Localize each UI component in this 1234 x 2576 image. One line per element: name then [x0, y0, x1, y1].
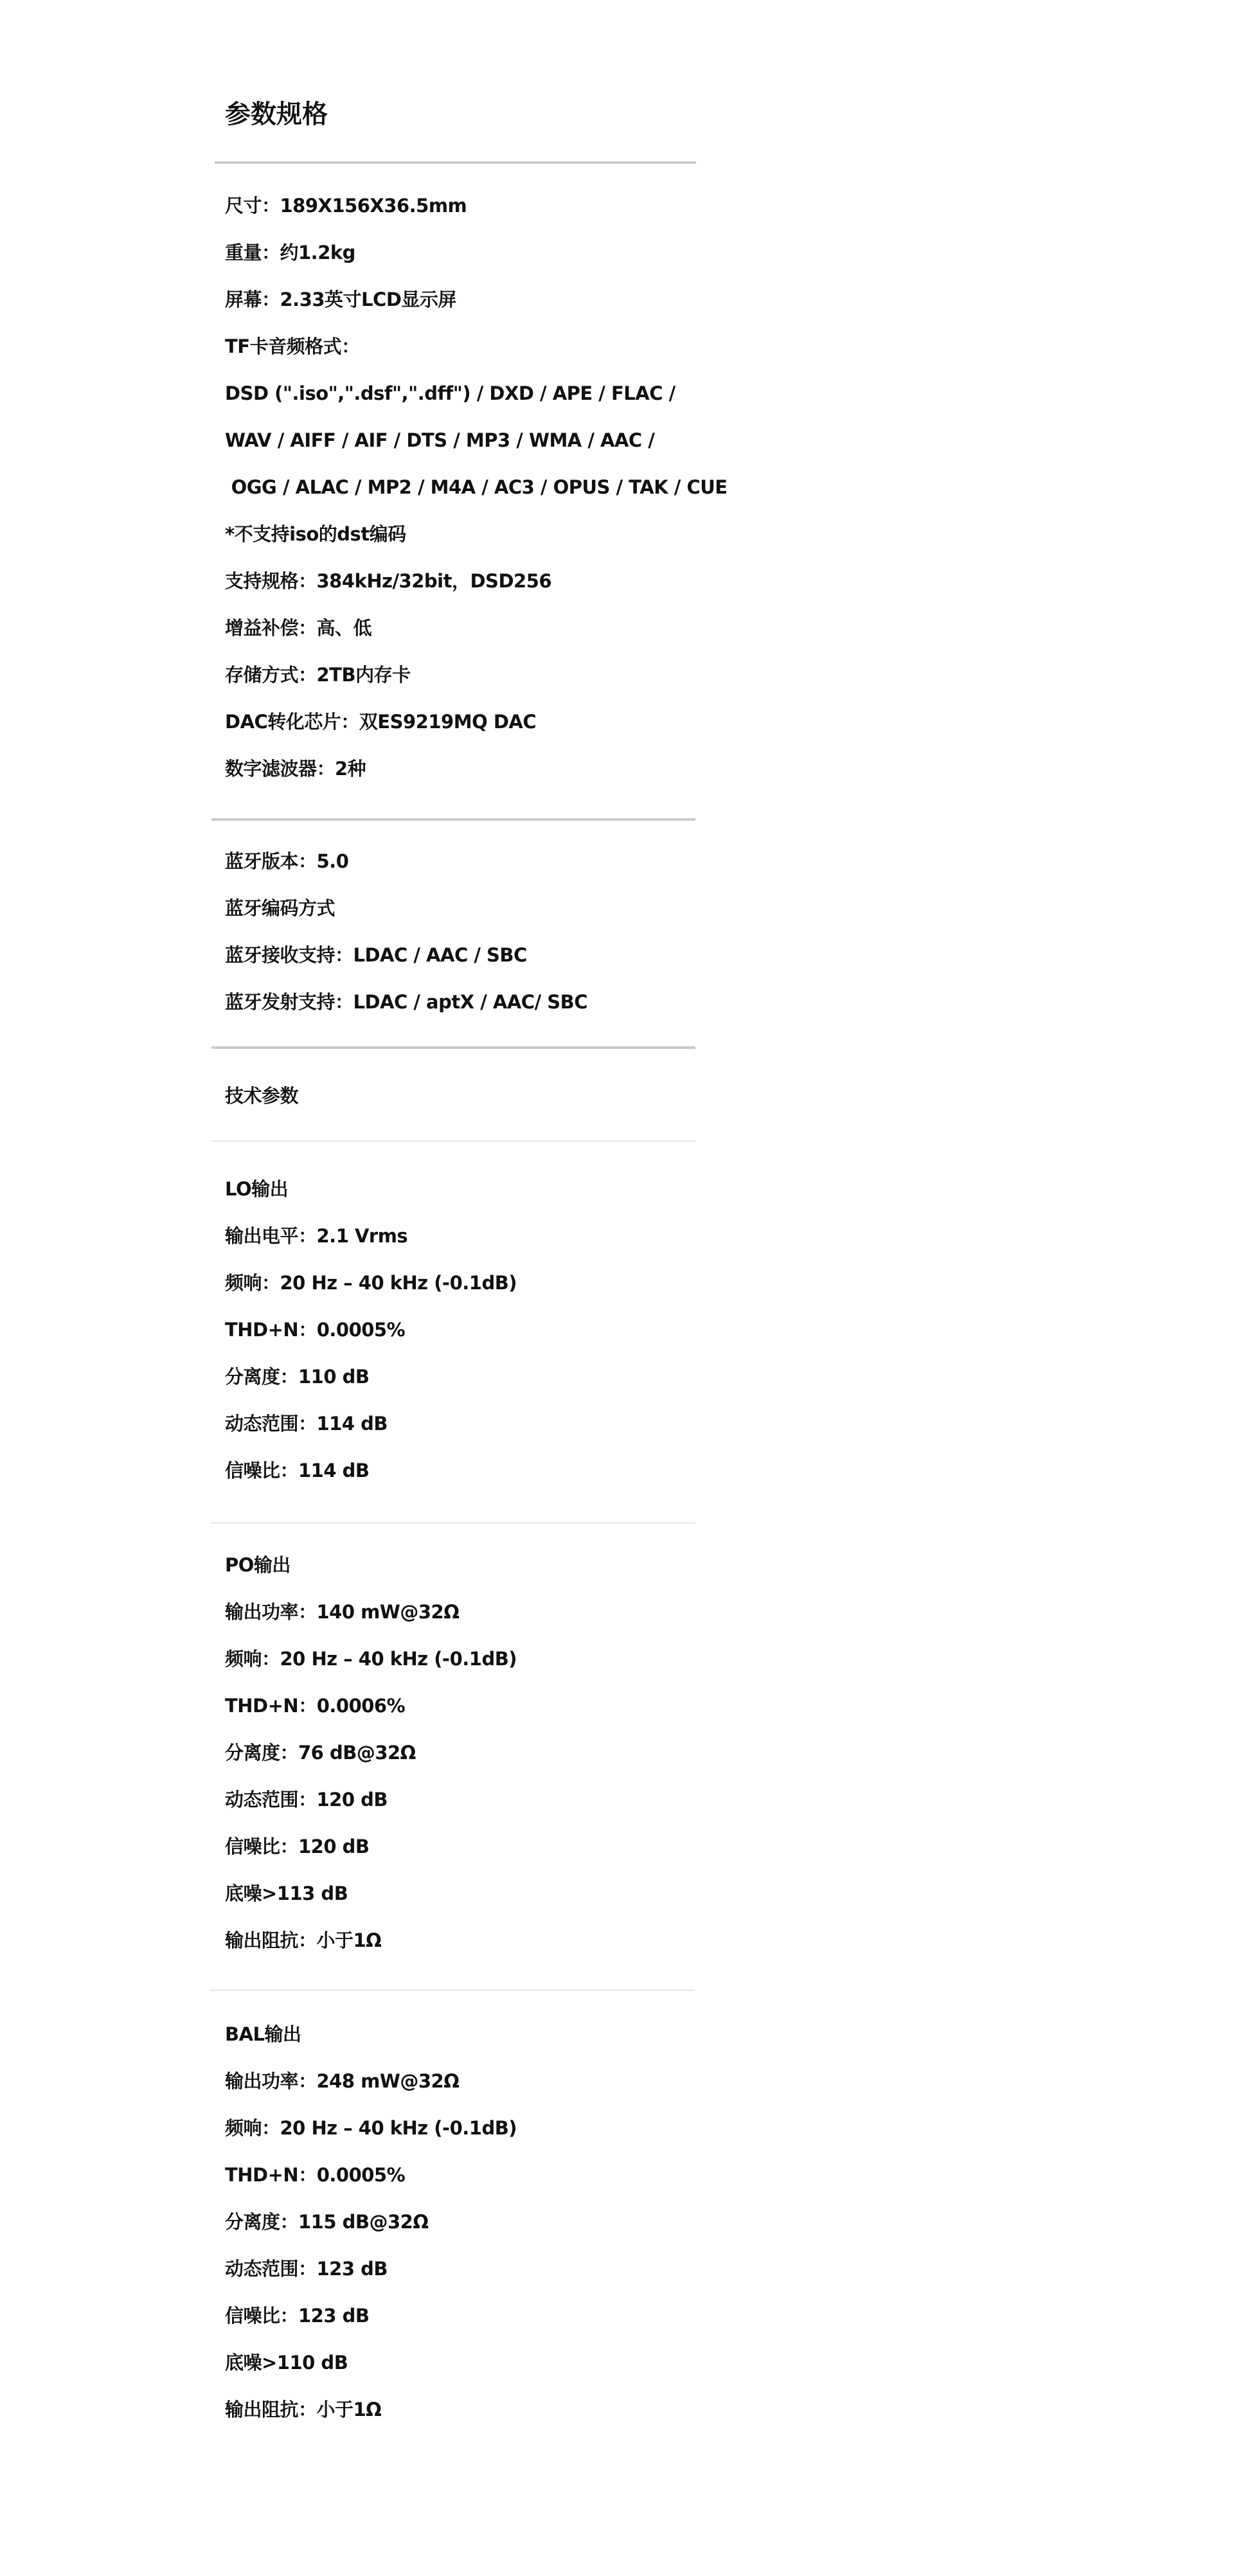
tech-heading: 技术参数 — [225, 1073, 298, 1120]
spec-weight: 重量：约1.2kg — [225, 229, 728, 276]
bal-thd-n: THD+N：0.0005% — [225, 2152, 517, 2199]
spec-tf-formats-line-3: OGG / ALAC / MP2 / M4A / AC3 / OPUS / TA… — [225, 464, 728, 511]
lo-output-heading: LO输出 — [225, 1166, 517, 1213]
lo-output-list: LO输出 输出电平：2.1 Vrms 频响：20 Hz – 40 kHz (-0… — [225, 1166, 517, 1494]
lo-separation: 分离度：110 dB — [225, 1354, 517, 1400]
po-output-impedance: 输出阻抗：小于1Ω — [225, 1917, 517, 1964]
bal-output-list: BAL输出 输出功率：248 mW@32Ω 频响：20 Hz – 40 kHz … — [225, 2011, 517, 2433]
spec-dac-chip: DAC转化芯片：双ES9219MQ DAC — [225, 699, 728, 746]
divider-po — [210, 1522, 695, 1524]
divider-lo — [211, 1140, 695, 1142]
divider-bal — [210, 1989, 695, 1991]
lo-frequency-response: 频响：20 Hz – 40 kHz (-0.1dB) — [225, 1260, 517, 1307]
specs-list: 尺寸：189X156X36.5mm 重量：约1.2kg 屏幕：2.33英寸LCD… — [225, 183, 728, 792]
po-separation: 分离度：76 dB@32Ω — [225, 1730, 517, 1776]
po-dynamic-range: 动态范围：120 dB — [225, 1776, 517, 1823]
spec-digital-filter: 数字滤波器：2种 — [225, 746, 728, 792]
spec-tf-formats-line-2: WAV / AIFF / AIF / DTS / MP3 / WMA / AAC… — [225, 417, 728, 464]
bal-dynamic-range: 动态范围：123 dB — [225, 2246, 517, 2293]
spec-storage: 存储方式：2TB内存卡 — [225, 652, 728, 699]
bal-output-heading: BAL输出 — [225, 2011, 517, 2058]
po-thd-n: THD+N：0.0006% — [225, 1683, 517, 1730]
lo-snr: 信噪比：114 dB — [225, 1447, 517, 1494]
bluetooth-list: 蓝牙版本：5.0 蓝牙编码方式 蓝牙接收支持：LDAC / AAC / SBC … — [225, 838, 587, 1026]
divider-tech — [211, 1046, 695, 1049]
page-title: 参数规格 — [225, 96, 328, 132]
bluetooth-receive: 蓝牙接收支持：LDAC / AAC / SBC — [225, 932, 587, 979]
bal-snr: 信噪比：123 dB — [225, 2293, 517, 2339]
lo-thd-n: THD+N：0.0005% — [225, 1307, 517, 1354]
po-frequency-response: 频响：20 Hz – 40 kHz (-0.1dB) — [225, 1636, 517, 1683]
spec-size: 尺寸：189X156X36.5mm — [225, 183, 728, 229]
bal-noise-floor: 底噪>110 dB — [225, 2339, 517, 2386]
spec-tf-formats-label: TF卡音频格式： — [225, 323, 728, 370]
po-output-list: PO输出 输出功率：140 mW@32Ω 频响：20 Hz – 40 kHz (… — [225, 1542, 517, 1964]
spec-dst-note: *不支持iso的dst编码 — [225, 511, 728, 558]
divider-bluetooth — [211, 818, 695, 821]
lo-output-level: 输出电平：2.1 Vrms — [225, 1213, 517, 1260]
bluetooth-version: 蓝牙版本：5.0 — [225, 838, 587, 885]
bal-output-power: 输出功率：248 mW@32Ω — [225, 2058, 517, 2105]
po-output-heading: PO输出 — [225, 1542, 517, 1589]
spec-supported-format: 支持规格：384kHz/32bit，DSD256 — [225, 558, 728, 605]
po-output-power: 输出功率：140 mW@32Ω — [225, 1589, 517, 1636]
lo-dynamic-range: 动态范围：114 dB — [225, 1400, 517, 1447]
spec-tf-formats-line-1: DSD (".iso",".dsf",".dff") / DXD / APE /… — [225, 370, 728, 417]
bluetooth-transmit: 蓝牙发射支持：LDAC / aptX / AAC/ SBC — [225, 979, 587, 1026]
bluetooth-codec-label: 蓝牙编码方式 — [225, 885, 587, 932]
po-noise-floor: 底噪>113 dB — [225, 1870, 517, 1917]
bal-separation: 分离度：115 dB@32Ω — [225, 2199, 517, 2246]
spec-gain: 增益补偿：高、低 — [225, 605, 728, 652]
bal-frequency-response: 频响：20 Hz – 40 kHz (-0.1dB) — [225, 2105, 517, 2152]
po-snr: 信噪比：120 dB — [225, 1823, 517, 1870]
spec-screen: 屏幕：2.33英寸LCD显示屏 — [225, 276, 728, 323]
bal-output-impedance: 输出阻抗：小于1Ω — [225, 2386, 517, 2433]
divider-title — [215, 161, 696, 164]
